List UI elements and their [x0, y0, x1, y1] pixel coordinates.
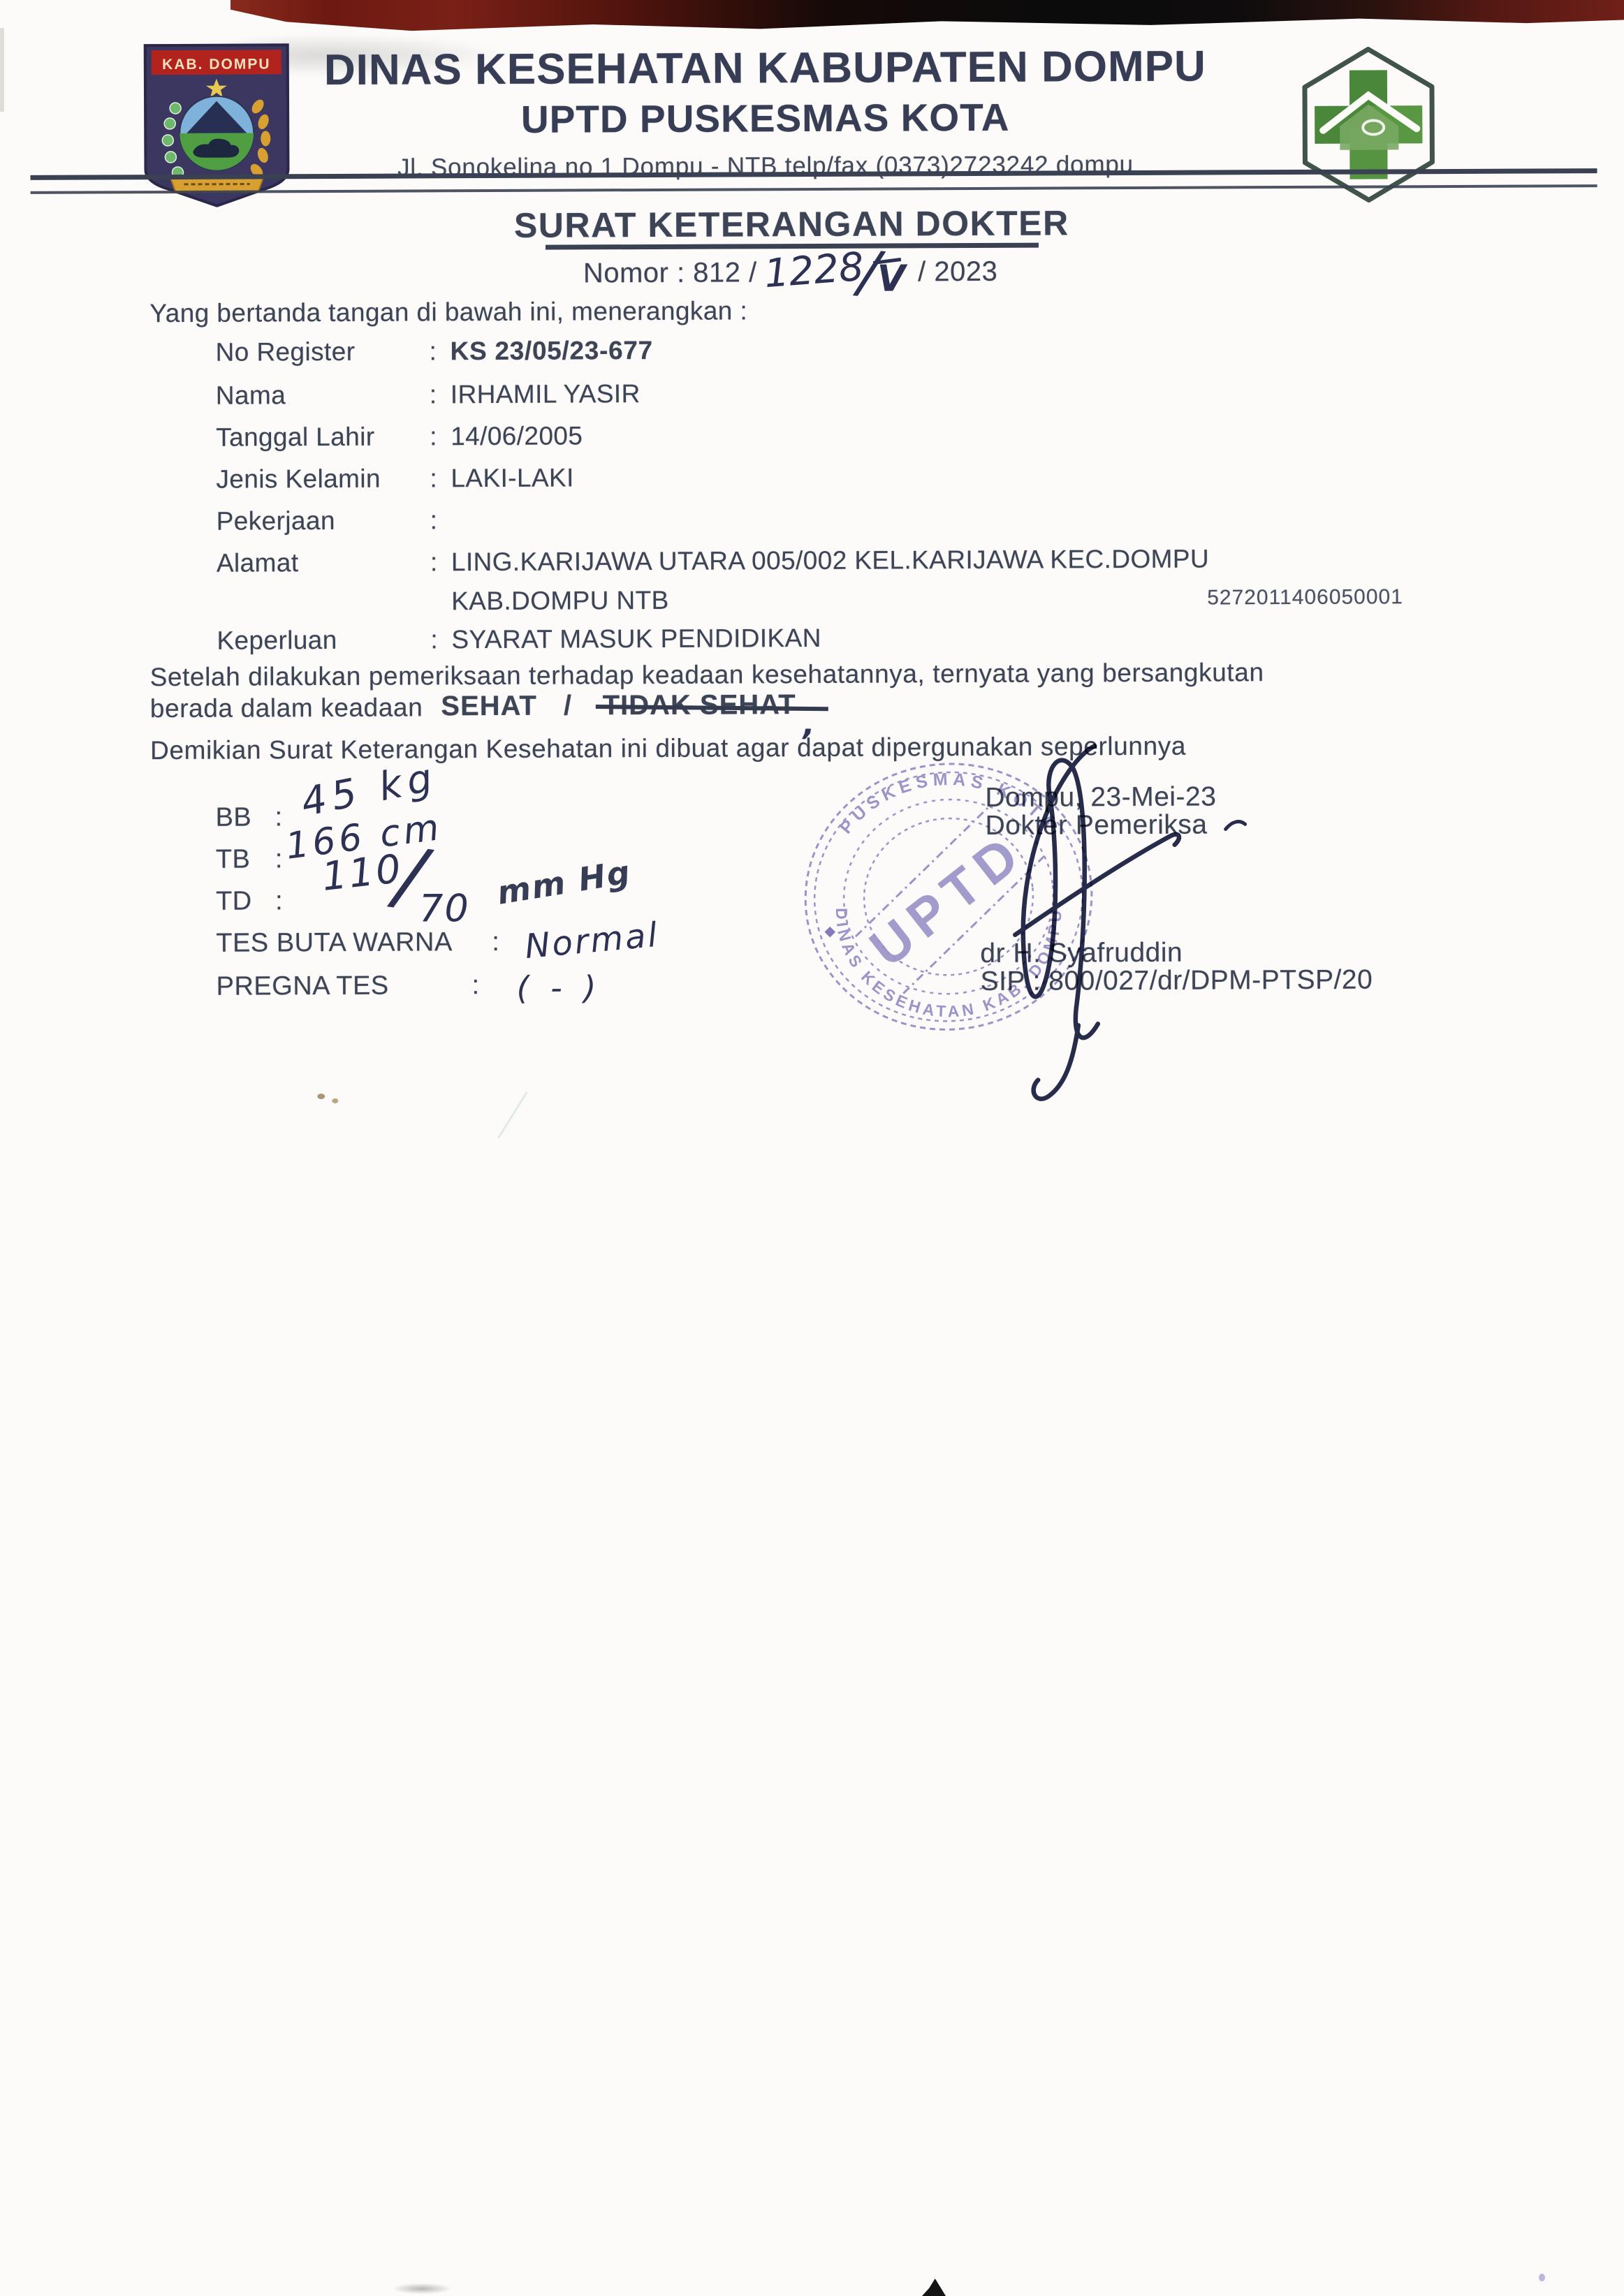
healthy-option: SEHAT — [441, 691, 537, 723]
field-row-tanggal-lahir: Tanggal Lahir : 14/06/2005 — [216, 421, 583, 452]
unhealthy-option-struck: TIDAK SEHAT — [603, 689, 796, 721]
field-value-line2: KAB.DOMPU NTB — [451, 586, 669, 616]
field-label: Pekerjaan — [217, 506, 430, 536]
field-label: No Register — [216, 337, 430, 367]
vital-colon: : — [275, 886, 296, 916]
vital-row-pregna-tes: PREGNA TES : — [216, 971, 492, 1002]
vital-row-tes-buta-warna: TES BUTA WARNA : — [216, 927, 513, 959]
paper-scratch — [497, 1091, 528, 1139]
letterhead: DINAS KESEHATAN KABUPATEN DOMPU UPTD PUS… — [306, 41, 1225, 182]
vital-label: TB — [216, 844, 275, 874]
paper-speck — [332, 1098, 338, 1103]
field-row-jenis-kelamin: Jenis Kelamin : LAKI-LAKI — [216, 463, 574, 494]
field-colon: : — [430, 625, 451, 654]
field-value: KS 23/05/23-677 — [451, 336, 653, 366]
field-value: LAKI-LAKI — [451, 463, 574, 493]
field-row-keperluan: Keperluan : SYARAT MASUK PENDIDIKAN — [217, 624, 821, 656]
field-label: Tanggal Lahir — [216, 422, 430, 452]
document-title: SURAT KETERANGAN DOKTER — [0, 200, 1604, 248]
field-colon: : — [430, 547, 451, 577]
unit-name: UPTD PUSKESMAS KOTA — [306, 94, 1224, 142]
field-row-alamat-line2: KAB.DOMPU NTB — [451, 586, 669, 616]
nik-number: 5272011406050001 — [1207, 585, 1403, 610]
field-row-pekerjaan: Pekerjaan : — [217, 506, 451, 536]
field-colon: : — [430, 380, 451, 409]
number-handwritten: 1228 — [763, 248, 865, 294]
field-row-no-register: No Register : KS 23/05/23-677 — [216, 336, 653, 367]
puskesmas-icon — [1296, 45, 1441, 205]
bp-unit: mm Hg — [495, 853, 634, 911]
field-colon: : — [430, 422, 451, 451]
field-colon: : — [430, 337, 451, 366]
vital-row-td: TD : — [216, 886, 296, 917]
field-label: Keperluan — [217, 625, 430, 655]
vital-colon: : — [471, 971, 492, 1001]
handwritten-pregnancy-result: ( - ) — [516, 969, 601, 1007]
number-suffix: / 2023 — [918, 251, 997, 288]
field-value: IRHAMIL YASIR — [451, 379, 641, 409]
field-label: Alamat — [217, 547, 430, 577]
option-slash: / — [564, 691, 572, 722]
bottom-edge-speck — [1539, 2274, 1545, 2281]
doctor-signature — [965, 724, 1260, 1117]
field-colon: : — [430, 506, 451, 535]
field-colon: : — [430, 464, 451, 493]
letter-content: KAB. DOMPU — [0, 0, 1624, 2296]
agency-name: DINAS KESEHATAN KABUPATEN DOMPU — [306, 41, 1224, 95]
field-value: SYARAT MASUK PENDIDIKAN — [451, 624, 821, 654]
month-roman-handwritten: V — [877, 260, 905, 297]
paper-speck — [317, 1094, 325, 1099]
field-row-alamat: Alamat : LING.KARIJAWA UTARA 005/002 KEL… — [217, 545, 1209, 578]
field-value: LING.KARIJAWA UTARA 005/002 KEL.KARIJAWA… — [451, 545, 1209, 577]
vital-label: PREGNA TES — [216, 971, 471, 1002]
kab-dompu-crest-logo: KAB. DOMPU — [140, 41, 293, 207]
number-prefix: Nomor : 812 / — [583, 251, 757, 289]
scanned-doctor-certificate: KAB. DOMPU — [0, 0, 1624, 2296]
vital-label: TES BUTA WARNA — [216, 927, 492, 959]
statement-line1: Setelah dilakukan pemeriksaan terhadap k… — [150, 658, 1264, 692]
field-row-nama: Nama : IRHAMIL YASIR — [216, 379, 641, 411]
bp-systolic: 110 — [320, 846, 405, 900]
bp-diastolic: 70 — [419, 886, 470, 930]
vital-label: BB — [215, 802, 275, 832]
field-label: Jenis Kelamin — [216, 464, 430, 494]
field-value: 14/06/2005 — [451, 421, 583, 451]
vital-label: TD — [216, 886, 275, 916]
vital-colon: : — [492, 927, 513, 957]
vital-row-tb: TB : — [216, 844, 296, 875]
intro-line: Yang bertanda tangan di bawah ini, mener… — [149, 296, 747, 328]
bottom-edge-smudge — [393, 2283, 451, 2294]
statement-prefix: berada dalam keadaan — [150, 693, 423, 723]
handwritten-blood-pressure: 110 / 70 mm Hg — [322, 849, 631, 931]
document-number-line: Nomor : 812 / 1228 / V / 2023 — [0, 248, 1602, 301]
crest-landscape — [180, 96, 254, 170]
crest-banner-text: KAB. DOMPU — [162, 56, 270, 73]
field-label: Nama — [216, 380, 430, 410]
